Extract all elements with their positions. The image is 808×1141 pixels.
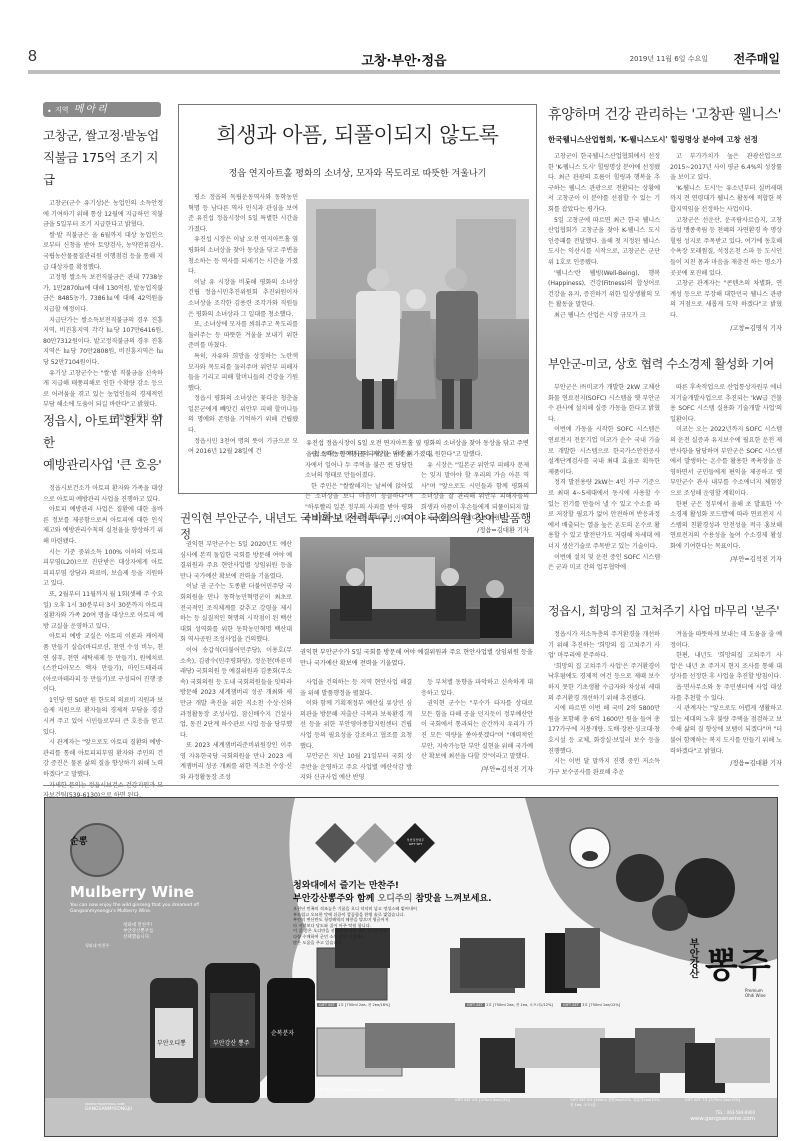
paragraph: 아토피 예방관리 사업은 질환에 대한 올바른 정보를 제공함으로써 아토피에 … bbox=[43, 505, 163, 547]
paragraph: 미코는 오는 2022년까지 SOFC 시스템의 운전 실증과 유지보수에 필요… bbox=[670, 425, 782, 499]
headline: 고창군, 쌀고정·밭농업 직불금 175억 조기 지급 bbox=[43, 125, 163, 191]
ad-body-line: 오천년 민족의 격조높은 기품을 오디 넉넉히 넣고 정성스레 빚어내어 bbox=[293, 906, 417, 912]
badge-line: GIFT SET bbox=[403, 842, 428, 846]
byline: /부안=김석진 기자 bbox=[421, 764, 533, 775]
paragraph: 길 원한다"고 말했다. bbox=[421, 450, 529, 461]
paragraph: 5일 고창군에 따르면 최근 한국 웰니스산업협회가 고창군을 찾아 K-웰니스… bbox=[548, 216, 660, 269]
paragraph: 읍·면사무소와 동 주민센터에 사업 대상자를 추천할 수 있다. bbox=[670, 683, 782, 704]
article-body: 고창군(군수 유기상)은 농업인의 소득안정에 기여하기 위해 통상 12월에 … bbox=[43, 199, 163, 411]
paragraph: 등 부처별 동향을 파악하고 신속하게 대응하고 있다. bbox=[421, 678, 533, 699]
wine-subtitle-1: You can now enjoy the wild ginseng that … bbox=[70, 903, 200, 908]
paragraph: 지급단가는 쌀소득보전직불금의 경우 진흥지역, 비진흥지역 각각 ㏊당 107… bbox=[43, 316, 163, 369]
paragraph: 시는 기준 중위소득 100% 이하의 아토피 피부염(L20)으로 진단받은 … bbox=[43, 548, 163, 590]
wellness-col-2: 고 부가가치가 높은 관광산업으로 2015~2017년 사이 평균 6.4%의… bbox=[670, 152, 782, 333]
paragraph: 따른 후속작업으로 산업통상자원부 에너지기술개발사업으로 추진되는 'kW급 … bbox=[670, 383, 782, 425]
gift-set-1: GIFT SET 1호 [750ml 2ea, 잔 2ea/16%] bbox=[317, 1003, 390, 1008]
newspaper-name: 전주매일 bbox=[734, 50, 780, 67]
gift-set-5: GIFT SET 5호 [375ml 5ea/13%] bbox=[455, 1098, 510, 1103]
bullet-icon: • bbox=[47, 104, 52, 119]
ad-phone[interactable]: TEL : 063-584-6900 bbox=[716, 1110, 755, 1115]
gift-set-tag: GIFT SET bbox=[317, 1003, 337, 1007]
article-wellness: 휴양하며 건강 관리하는 '고창판 웰니스' 한국웰니스산업협회, 'K-웰니스… bbox=[548, 104, 784, 145]
bluehouse-label: 청와대 만찬주 bbox=[85, 943, 109, 949]
gift-set-tag: GIFT SET bbox=[455, 1098, 471, 1102]
paragraph: 고창군(군수 유기상)은 농업인의 소득안정에 기여하기 위해 통상 12월에 … bbox=[43, 199, 163, 231]
headline-line-1: 고창군, 쌀고정·밭농업 bbox=[43, 125, 163, 147]
gift-set-spec: [375ml 2ea/13%] bbox=[709, 1098, 740, 1102]
ad-background-icon bbox=[45, 798, 778, 1137]
gift-set-spec: [750ml 1ea/12%] bbox=[589, 1003, 620, 1007]
gift-set-3: GIFT SET 3호 [750ml 1ea/12%] bbox=[561, 1003, 620, 1008]
feature-box-comfort-women-statue: 희생과 아픔, 되풀이되지 않도록 정읍 연지아트홀 평화의 소녀상, 모자와 … bbox=[178, 104, 537, 494]
issue-date: 2019년 11월 6일 수요일 bbox=[630, 54, 708, 64]
premium-line: Ohdi Wine bbox=[745, 993, 766, 998]
paragraph: 고창군은 선운산, 운곡람사르습지, 고창읍성 맹종죽림 등 천혜의 자연환경 … bbox=[670, 216, 782, 280]
headline: 정읍시, 아토피 환자 위한 예방관리사업 '큰 호응' bbox=[43, 410, 163, 476]
photo-statue-cleanup bbox=[306, 199, 529, 434]
wine-title: Mulberry Wine bbox=[70, 883, 194, 901]
bottle-label: 부안오디뽕 bbox=[157, 1038, 186, 1047]
bottle-label: 부안강산 뽕주 bbox=[213, 1038, 250, 1047]
paragraph: 또, 소녀상에 모자를 씌워주고 목도리를 둘러주는 등 따뜻한 겨울을 보내기… bbox=[188, 320, 298, 352]
gift-set-tag: GIFT SET bbox=[317, 1088, 333, 1092]
feature-subtitle: 정읍 연지아트홀 평화의 소녀상, 모자와 목도리로 따뜻한 겨울나기 bbox=[179, 166, 536, 179]
paragraph: 권익현 군수는 "부수가 타자를 상대로 모든 힘을 다해 공을 던지듯이 정부… bbox=[421, 699, 533, 763]
paragraph: 고창군이 한국웰니스산업협회에서 선정한 'K-웰니스 도시' 힐링명상 분야에… bbox=[548, 152, 660, 216]
gift-set-spec: [500ml 2ea, 잔 2ea/12%] bbox=[341, 1088, 386, 1092]
paragraph: 최근 웰니스 산업은 시장 규모가 크 bbox=[548, 311, 660, 322]
budget-col-1: 권익현 부안군수는 5일 2020년도 예산심사에 본격 돌입한 국회를 방문해… bbox=[180, 540, 292, 784]
headline-hydrogen: 부안군-미코, 상호 협력 수소경제 활성화 기여 bbox=[548, 355, 784, 372]
wellness-col-1: 고창군이 한국웰니스산업협회에서 선정한 'K-웰니스 도시' 힐링명상 분야에… bbox=[548, 152, 660, 322]
premium-label: Premium Ohdi Wine bbox=[745, 988, 766, 998]
paragraph: 또 2023 세계잼버리준비위원장인 이주영 자유한국당 국회의원을 만나 20… bbox=[180, 741, 292, 783]
gift-set-num: 5호 bbox=[472, 1098, 478, 1102]
headline-part: 참맛 bbox=[415, 894, 432, 904]
wine-subtitle-2: Gangsanmyeongju's Mulberry Wine. bbox=[70, 909, 151, 914]
byline: /정읍=김대환 기자 bbox=[670, 758, 782, 769]
paragraph: 아토피 예방 교실은 아토피 이론과 케어제품 만들기 실습(바디로션, 천연 … bbox=[43, 632, 163, 696]
gift-set-num: 2호 bbox=[486, 1003, 492, 1007]
paragraph: 정읍시가 저소득층의 주거환경을 개선하기 위해 추진하는 '희망의 집 고쳐주… bbox=[548, 630, 660, 662]
paragraph: 이어 송갑석(더불어민주당), 이용호(무소속), 김광수(민주평화당), 정운… bbox=[180, 646, 292, 741]
byline: /부안=김석진 기자 bbox=[670, 554, 782, 565]
headline: 휴양하며 건강 관리하는 '고창판 웰니스' bbox=[548, 104, 784, 124]
paragraph: 이와 함께 기획재정부 예산실 류상민 심의관을 방문해 저출산 극복과 보육환… bbox=[300, 699, 412, 752]
advertisement-mulberry-wine[interactable]: 순뽕 Mulberry Wine You can now enjoy the w… bbox=[44, 797, 778, 1137]
feature-title: 희생과 아픔, 되풀이되지 않도록 bbox=[179, 119, 536, 149]
paragraph: 시에 따르면 이번 해 국비 2억 5800만 원을 포함해 총 6억 1600… bbox=[548, 704, 660, 757]
paragraph: 특히, 자유와 희망을 상징하는 노란색 모자와 목도리를 둘러주며 위안부 피… bbox=[188, 352, 298, 394]
gift-set-tag: GIFT SET bbox=[570, 1098, 586, 1102]
paragraph: 유진섭 시장은 이날 오전 연지아트홀 옆 평화의 소녀상을 찾아 동상을 닦고… bbox=[188, 235, 298, 277]
hydrogen-col-2: 따른 후속작업으로 산업통상자원부 에너지기술개발사업으로 추진되는 'kW급 … bbox=[670, 383, 782, 564]
budget-col-3: 등 부처별 동향을 파악하고 신속하게 대응하고 있다. 권익현 군수는 "부수… bbox=[421, 678, 533, 774]
gift-set-spec: [375ml 5ea/13%] bbox=[479, 1098, 510, 1102]
paragraph: 고창군 관계자는 "콘텐츠의 차별화, 연계성 등으로 무장해 대한민국 웰니스… bbox=[670, 279, 782, 321]
paragraph: 부안군은 지난 10월 21일부터 국회 상주반을 운영하고 주요 사업별 예산… bbox=[300, 752, 412, 784]
subheadline: 한국웰니스산업협회, 'K-웰니스도시' 힐링명상 분야에 고창 선정 bbox=[548, 134, 784, 145]
paragraph: 부안군은 ㈜미코가 개발한 2kW 고체산화물 연료전지(SOFC) 시스템을 … bbox=[548, 383, 660, 425]
photo-caption: 권익현 부안군수가 5일 국회를 방문해 여야 예결위원과 주요 현안사업별 상… bbox=[300, 648, 536, 669]
divider bbox=[43, 785, 779, 786]
gift-set-num: 3호 bbox=[582, 1003, 588, 1007]
gift-set-2: GIFT SET 2호 [750ml 2ea, 잔 1ea, 오프너1/12%] bbox=[465, 1003, 553, 1008]
paragraph: 정읍시 평화의 소녀상은 꽃다운 청춘을 일본군에게 빼앗긴 위안부 피해 할머… bbox=[188, 394, 298, 436]
byline: /고창=김명식 기자 bbox=[670, 323, 782, 334]
housing-col-1: 정읍시가 저소득층의 주거환경을 개선하기 위해 추진하는 '희망의 집 고쳐주… bbox=[548, 630, 660, 778]
feature-col-1: 평소 정읍의 독립운동역사와 동학농민혁명 등 남다른 역사 인식과 관심을 보… bbox=[188, 193, 298, 458]
paragraph: 한편, 내년도 '희망의집 고쳐주기 사업'은 내년 초 주거지 현지 조사를 … bbox=[670, 651, 782, 683]
photo-national-assembly-meeting bbox=[300, 537, 534, 644]
paragraph: 정읍시민 3천여 명의 뜻이 기금으로 모여 2016년 12월 28일에 건 bbox=[188, 437, 298, 458]
paragraph: '웰니스'란 웰빙(Well-Being), 행복(Happiness), 건강… bbox=[548, 269, 660, 311]
gift-set-num: 7호 bbox=[702, 1098, 708, 1102]
gift-set-spec: [750ml 2ea, 잔 1ea, 오프너1/12%] bbox=[493, 1003, 553, 1007]
paragraph: 평소 정읍의 독립운동역사와 동학농민혁명 등 남다른 역사 인식과 관심을 보… bbox=[188, 193, 298, 235]
vertical-title-small: 부안강산 bbox=[685, 938, 700, 978]
paragraph: 유기상 고창군수는 "쌀·밭 직불금을 신속하게 지급해 태풍피해로 인한 수확… bbox=[43, 369, 163, 411]
gift-set-num: 6호 bbox=[587, 1098, 593, 1102]
maker-name: GANGSANMYEONGJU bbox=[85, 1107, 132, 1112]
bluehouse-text: 청와대 만찬주! 부안강산뽕주를 선택했습니다. bbox=[123, 923, 153, 941]
gift-set-num: 4호 bbox=[334, 1088, 340, 1092]
maker-tag: KOREAN TRADITIONAL WINE bbox=[85, 1102, 125, 1106]
gift-set-tag: GIFT SET bbox=[465, 1003, 485, 1007]
gift-set-badge: 부안강산명주 GIFT SET bbox=[403, 838, 428, 846]
header-rule bbox=[28, 70, 780, 74]
headline-part: 부안강산뽕주와 함께 bbox=[293, 894, 378, 904]
headline-line-1: 정읍시, 아토피 환자 위한 bbox=[43, 410, 163, 454]
bluehouse-line: 선택했습니다. bbox=[123, 935, 153, 941]
column-tag: • 지역 메아리 bbox=[43, 102, 161, 117]
paragraph: 한편 군은 정부에서 올해 초 발표한 '수소경제 활성화 로드맵'에 따라 연… bbox=[670, 500, 782, 553]
bottle-label: 순복분자 bbox=[271, 1028, 294, 1037]
headline-line-2: 예방관리사업 '큰 호응' bbox=[43, 454, 163, 476]
ad-body: 오천년 민족의 격조높은 기품을 오디 넉넉히 넣고 정성스레 빚어내어 부드럽… bbox=[293, 906, 417, 945]
gift-set-6: GIFT SET 6호 [500ml 참뽕2ea/12%, 복분자1ea/13%… bbox=[570, 1098, 665, 1108]
article-rice-subsidy: 고창군, 쌀고정·밭농업 직불금 175억 조기 지급 고창군(군수 유기상)은… bbox=[43, 125, 163, 421]
headline-part: 을 느껴보세요. bbox=[433, 894, 492, 904]
ad-body-line: 많은 도움을 주고 있습니다. bbox=[293, 940, 417, 946]
paragraph: 시는 이번 달 말까지 진행 중인 저소득 가구 보수공사를 완료해 추운 bbox=[548, 757, 660, 778]
ad-headline-1: 청와대에서 즐기는 만찬주! bbox=[293, 878, 399, 891]
paragraph: '희망의 집 고쳐주기 사업'은 주거환경이 낙후됨에도 경제적 여건 등으로 … bbox=[548, 662, 660, 704]
photo-placeholder-icon bbox=[306, 199, 529, 434]
gift-set-num: 1호 bbox=[338, 1003, 344, 1007]
paragraph: 이번에 가동을 시작한 SOFC 시스템은 연료전지 전문기업 미코가 순수 국… bbox=[548, 425, 660, 478]
paragraph: 사업을 건의하는 등 지역 현안사업 해결을 위해 발품행정을 펼쳤다. bbox=[300, 678, 412, 699]
paragraph: 이번에 설치 및 운전 중인 SOFC 시스템은 군과 미코 간의 업무협약에 bbox=[548, 553, 660, 574]
headline-housing: 정읍시, 희망의 집 고쳐주기 사업 마무리 '분주' bbox=[548, 602, 784, 619]
paragraph: 1인당 연 50만 원 한도의 의료비 지원과 보습제 지원으로 환자들의 경제… bbox=[43, 696, 163, 738]
ad-website-link[interactable]: www.gangsanwine.com bbox=[690, 1116, 755, 1122]
paragraph: 'K-웰니스 도시'는 유소년부터 실버세대까지 전 연령대가 웰니스 활동에 … bbox=[670, 184, 782, 216]
article-atopy: 정읍시, 아토피 환자 위한 예방관리사업 '큰 호응' 정읍시보건소가 아토피… bbox=[43, 410, 163, 812]
paragraph: 쌀·밭 직불금은 올 6월까지 대상 농업인으로부터 신청을 받아 토양검사, … bbox=[43, 231, 163, 273]
headline-line-2: 직불금 175억 조기 지급 bbox=[43, 147, 163, 191]
article-body: 정읍시보건소가 아토피 환자와 가족을 대상으로 아토피 예방관리 사업을 진행… bbox=[43, 484, 163, 802]
gift-set-spec: [750ml 2ea, 잔 2ea/16%] bbox=[345, 1003, 390, 1007]
paragraph: 정읍시보건소가 아토피 환자와 가족을 대상으로 아토피 예방관리 사업을 진행… bbox=[43, 484, 163, 505]
housing-col-2: 겨울을 따뜻하게 보내는 데 도움을 줄 예정이다. 한편, 내년도 '희망의집… bbox=[670, 630, 782, 769]
paragraph: 시 관계자는 "앞으로도 아토피 질환의 예방·관리를 통해 아토피피부염 환자… bbox=[43, 738, 163, 780]
column-tag-big: 메아리 bbox=[74, 104, 109, 115]
gift-set-7: GIFT SET 7호 [375ml 2ea/13%] bbox=[685, 1098, 740, 1103]
photo-placeholder-icon bbox=[300, 537, 534, 644]
paragraph: 겨울을 따뜻하게 보내는 데 도움을 줄 예정이다. bbox=[670, 630, 782, 651]
paragraph: 정격 발전용량 2kW는 4인 가구 기준으로 최대 4~5세대에서 동시에 사… bbox=[548, 478, 660, 552]
ad-headline-2: 부안강산뽕주와 함께 오디주의 참맛을 느껴보세요. bbox=[293, 891, 492, 904]
brand-logo: 순뽕 bbox=[70, 834, 87, 847]
paragraph: 시 관계자는 "앞으로도 어렵게 생활하고 있는 세대의 노후 불량 주택을 점… bbox=[670, 704, 782, 757]
vertical-title-big: 뽕주 bbox=[705, 938, 771, 987]
paragraph: 이날 권 군수는 도종환 더불어민주당 국회의원을 만나 동학농민혁명군이 최초… bbox=[180, 582, 292, 646]
paragraph: 이날 유 시장을 비롯해 평화의 소녀상 건립 정읍시민추진위원회 추진위원이자… bbox=[188, 278, 298, 320]
paragraph: 고정형 쌀소득 보전직불금은 관내 7738농가, 1만2870㏊에 대해 13… bbox=[43, 273, 163, 315]
paragraph: 고 부가가치가 높은 관광산업으로 2015~2017년 사이 평균 6.4%의… bbox=[670, 152, 782, 184]
hydrogen-col-1: 부안군은 ㈜미코가 개발한 2kW 고체산화물 연료전지(SOFC) 시스템을 … bbox=[548, 383, 660, 574]
gift-set-tag: GIFT SET bbox=[561, 1003, 581, 1007]
budget-col-2: 사업을 건의하는 등 지역 현안사업 해결을 위해 발품행정을 펼쳤다. 이와 … bbox=[300, 678, 412, 784]
paragraph: 또, 2월부터 11월까지 월 1회(셋째 주 수요일) 오후 1시 30분부터… bbox=[43, 590, 163, 632]
paragraph: 권익현 부안군수는 5일 2020년도 예산심사에 본격 돌입한 국회를 방문해… bbox=[180, 540, 292, 582]
gift-set-tag: GIFT SET bbox=[685, 1098, 701, 1102]
column-tag-small: 지역 bbox=[55, 106, 69, 114]
headline-part: 오디주의 bbox=[378, 894, 416, 904]
gift-set-4: GIFT SET 4호 [500ml 2ea, 잔 2ea/12%] bbox=[317, 1088, 386, 1093]
paragraph: 립, 동학농민혁명군의 기상을 담아 의자에서 일어나 두 주먹을 불끈 쥔 당… bbox=[305, 450, 413, 482]
